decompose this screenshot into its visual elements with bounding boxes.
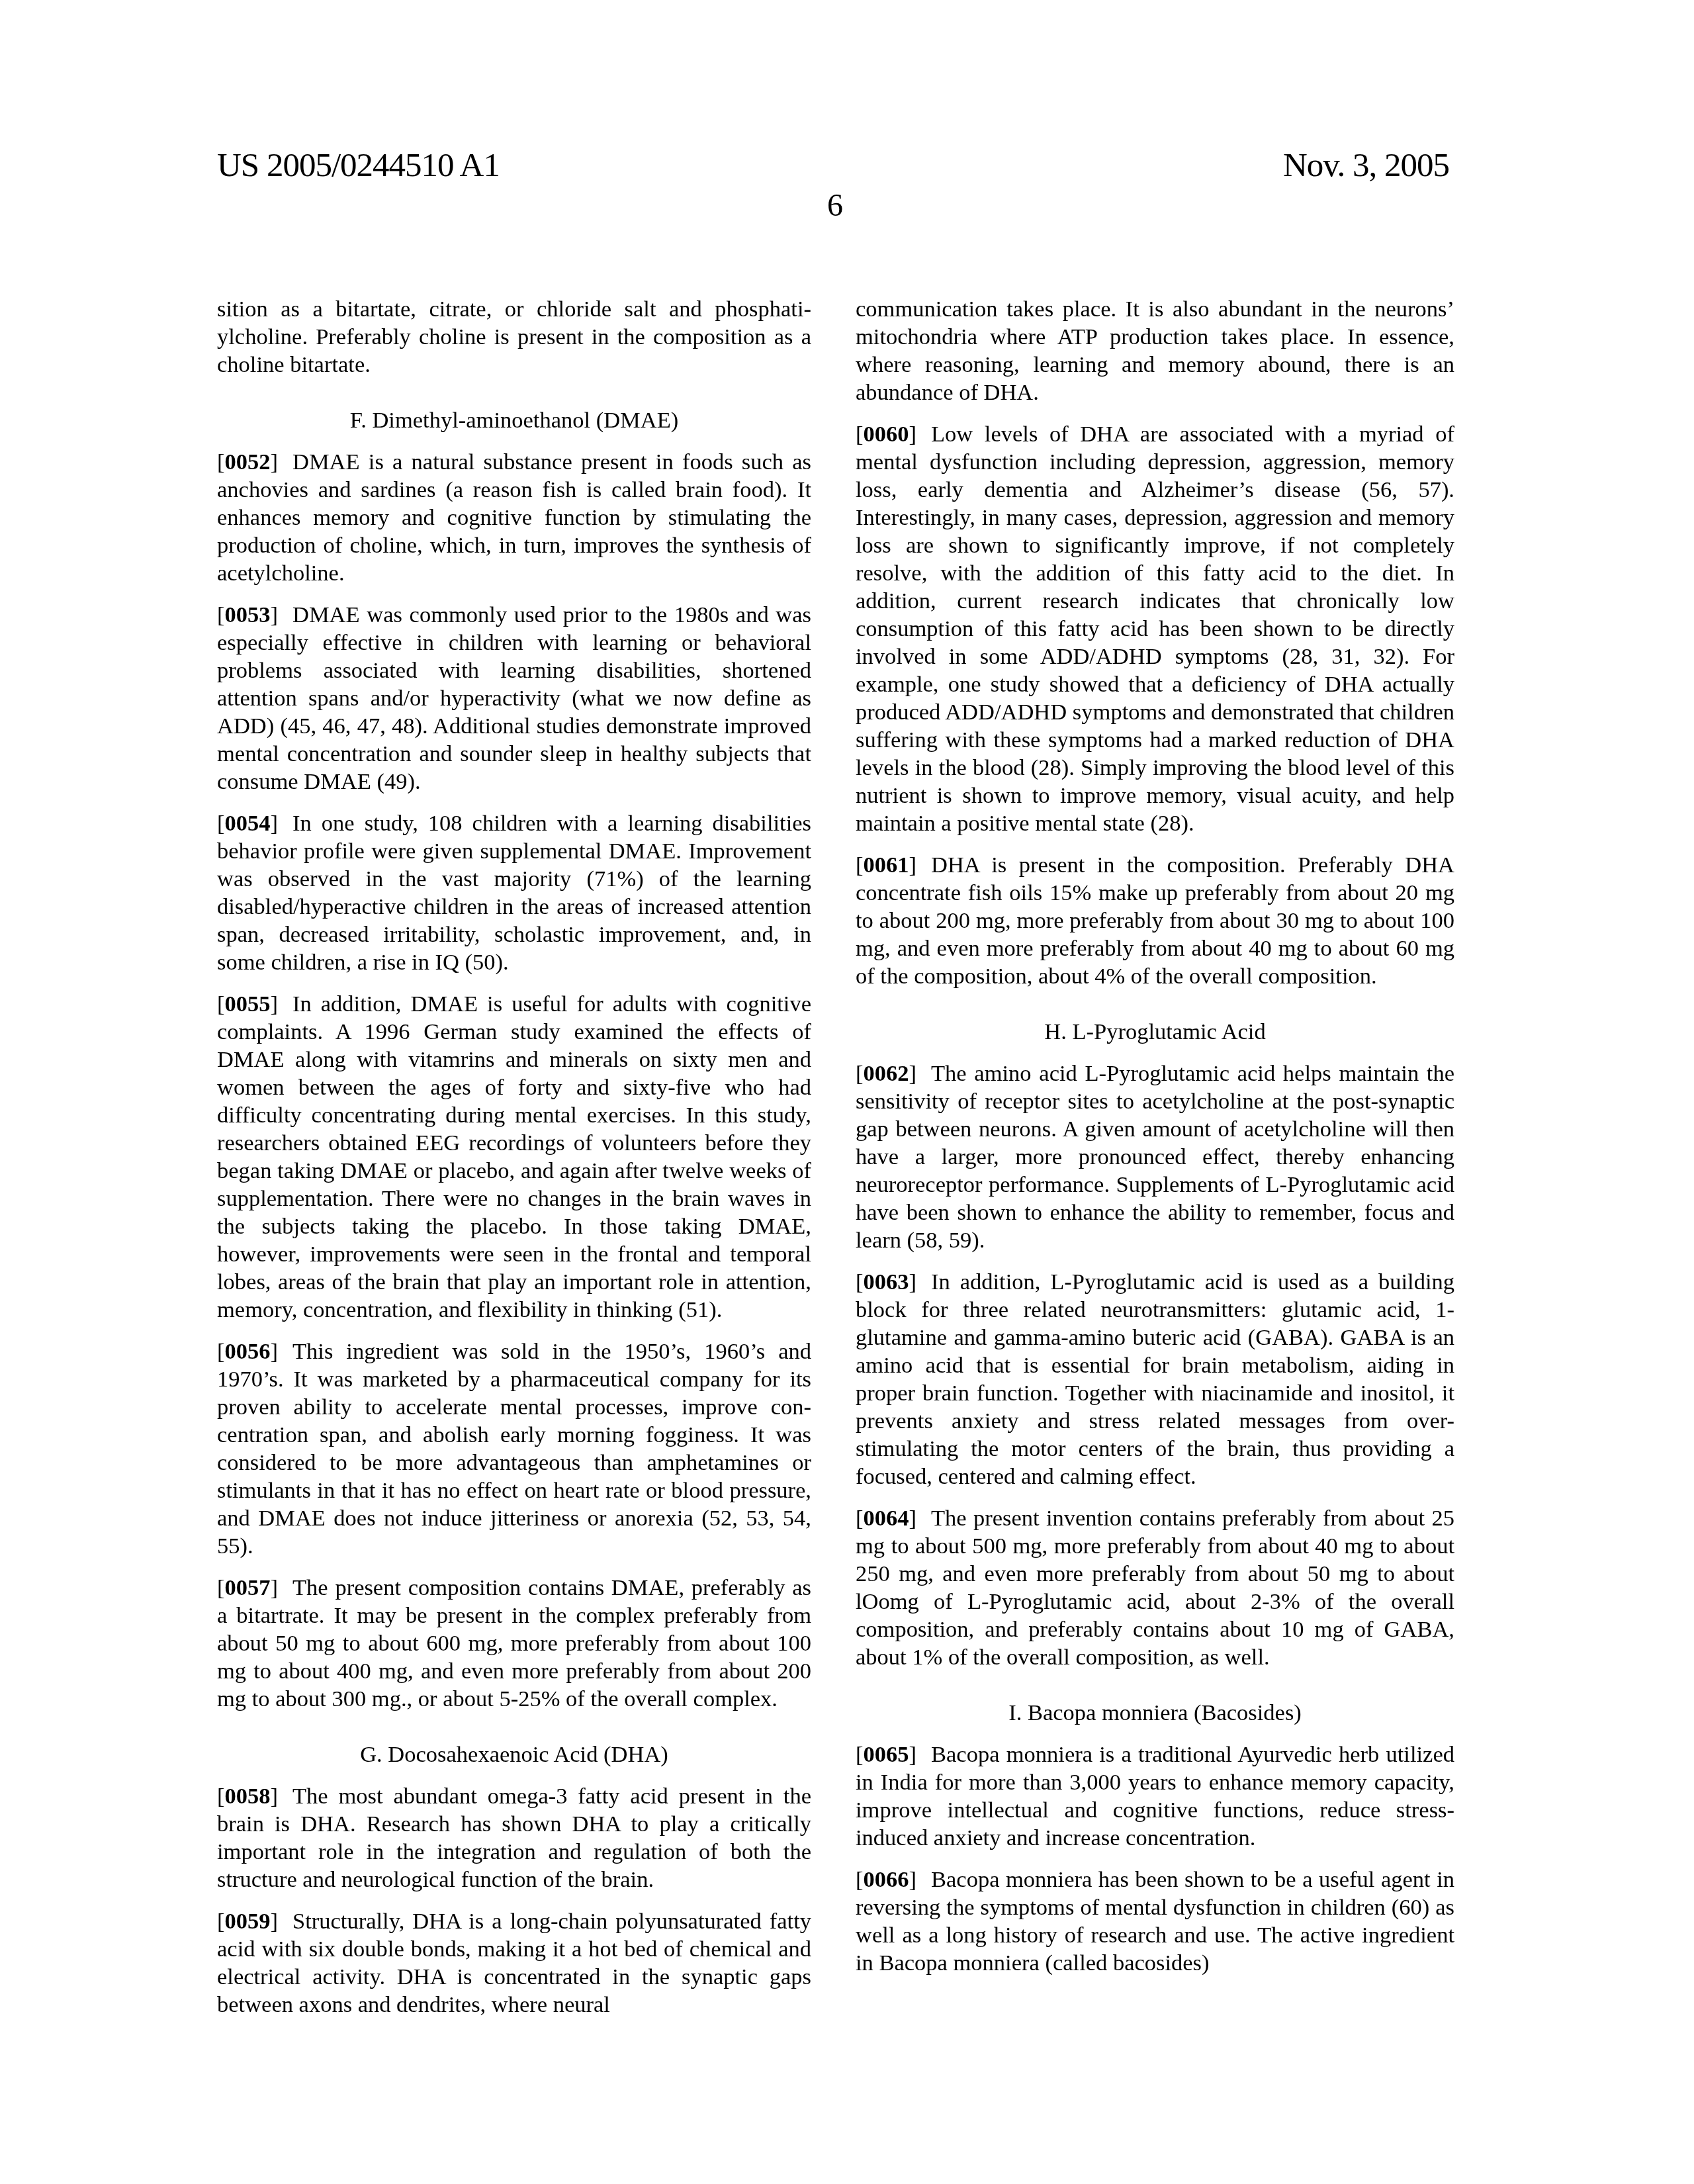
paragraph-0063: [0063]In addition, L-Pyroglutamic acid i… — [856, 1268, 1454, 1490]
page-number: 6 — [0, 187, 1670, 224]
paragraph-0060: [0060]Low levels of DHA are associated w… — [856, 420, 1454, 837]
paragraph-text: The present invention contains preferabl… — [856, 1506, 1454, 1670]
section-heading-l-pyroglutamic-acid: H. L-Pyroglutamic Acid — [856, 1018, 1454, 1046]
section-heading-dha: G. Docosahexaenoic Acid (DHA) — [217, 1741, 811, 1768]
paragraph-0054: [0054]In one study, 108 children with a … — [217, 809, 811, 976]
paragraph-number: [0055] — [217, 991, 278, 1017]
paragraph-number: [0057] — [217, 1575, 278, 1600]
paragraph-number: [0061] — [856, 852, 916, 878]
paragraph-text: Low levels of DHA are associated with a … — [856, 422, 1454, 836]
paragraph-number: [0063] — [856, 1269, 916, 1295]
paragraph-text: In addition, L-Pyroglutamic acid is used… — [856, 1269, 1454, 1489]
paragraph-number: [0066] — [856, 1867, 916, 1892]
continuation-paragraph: communication takes place. It is also ab… — [856, 295, 1454, 406]
paragraph-number: [0053] — [217, 602, 278, 627]
publication-date: Nov. 3, 2005 — [1283, 147, 1449, 184]
paragraph-0065: [0065]Bacopa monniera is a traditional A… — [856, 1741, 1454, 1852]
paragraph-text: The amino acid L-Pyroglutamic acid helps… — [856, 1061, 1454, 1253]
paragraph-text: This ingredient was sold in the 1950’s, … — [217, 1339, 811, 1559]
paragraph-number: [0058] — [217, 1784, 278, 1809]
paragraph-number: [0065] — [856, 1742, 916, 1767]
paragraph-0058: [0058]The most abundant omega-3 fatty ac… — [217, 1782, 811, 1893]
paragraph-text: DHA is present in the composition. Prefe… — [856, 852, 1454, 989]
paragraph-text: Structurally, DHA is a long-chain polyun… — [217, 1909, 811, 2017]
paragraph-number: [0064] — [856, 1506, 916, 1531]
paragraph-number: [0062] — [856, 1061, 916, 1086]
paragraph-0064: [0064]The present invention contains pre… — [856, 1504, 1454, 1671]
paragraph-text: In addition, DMAE is useful for adults w… — [217, 991, 811, 1322]
section-heading-dmae: F. Dimethyl-aminoethanol (DMAE) — [217, 406, 811, 434]
section-heading-bacopa-monniera: I. Bacopa monniera (Bacosides) — [856, 1699, 1454, 1727]
paragraph-text: The present composition contains DMAE, p… — [217, 1575, 811, 1711]
paragraph-text: Bacopa monniera has been shown to be a u… — [856, 1867, 1454, 1976]
paragraph-0057: [0057]The present composition contains D… — [217, 1574, 811, 1713]
paragraph-0055: [0055]In addition, DMAE is useful for ad… — [217, 990, 811, 1324]
paragraph-text: In one study, 108 children with a learni… — [217, 811, 811, 975]
publication-number: US 2005/0244510 A1 — [217, 147, 500, 184]
continuation-paragraph: sition as a bitartate, citrate, or chlor… — [217, 295, 811, 379]
paragraph-text: DMAE was commonly used prior to the 1980… — [217, 602, 811, 794]
right-column: communication takes place. It is also ab… — [856, 295, 1454, 1991]
paragraph-text: DMAE is a natural substance present in f… — [217, 449, 811, 586]
paragraph-0062: [0062]The amino acid L-Pyroglutamic acid… — [856, 1060, 1454, 1254]
paragraph-text: The most abundant omega-3 fatty acid pre… — [217, 1784, 811, 1892]
paragraph-0052: [0052]DMAE is a natural substance presen… — [217, 448, 811, 587]
paragraph-0056: [0056]This ingredient was sold in the 19… — [217, 1338, 811, 1560]
paragraph-0053: [0053]DMAE was commonly used prior to th… — [217, 601, 811, 796]
paragraph-0066: [0066]Bacopa monniera has been shown to … — [856, 1866, 1454, 1977]
paragraph-text: Bacopa monniera is a traditional Ayurved… — [856, 1742, 1454, 1850]
paragraph-0061: [0061]DHA is present in the composition.… — [856, 851, 1454, 990]
paragraph-0059: [0059]Structurally, DHA is a long-chain … — [217, 1907, 811, 2019]
paragraph-number: [0060] — [856, 422, 916, 447]
left-column: sition as a bitartate, citrate, or chlor… — [217, 295, 811, 2032]
paragraph-number: [0056] — [217, 1339, 278, 1364]
paragraph-number: [0059] — [217, 1909, 278, 1934]
paragraph-number: [0052] — [217, 449, 278, 475]
paragraph-number: [0054] — [217, 811, 278, 836]
